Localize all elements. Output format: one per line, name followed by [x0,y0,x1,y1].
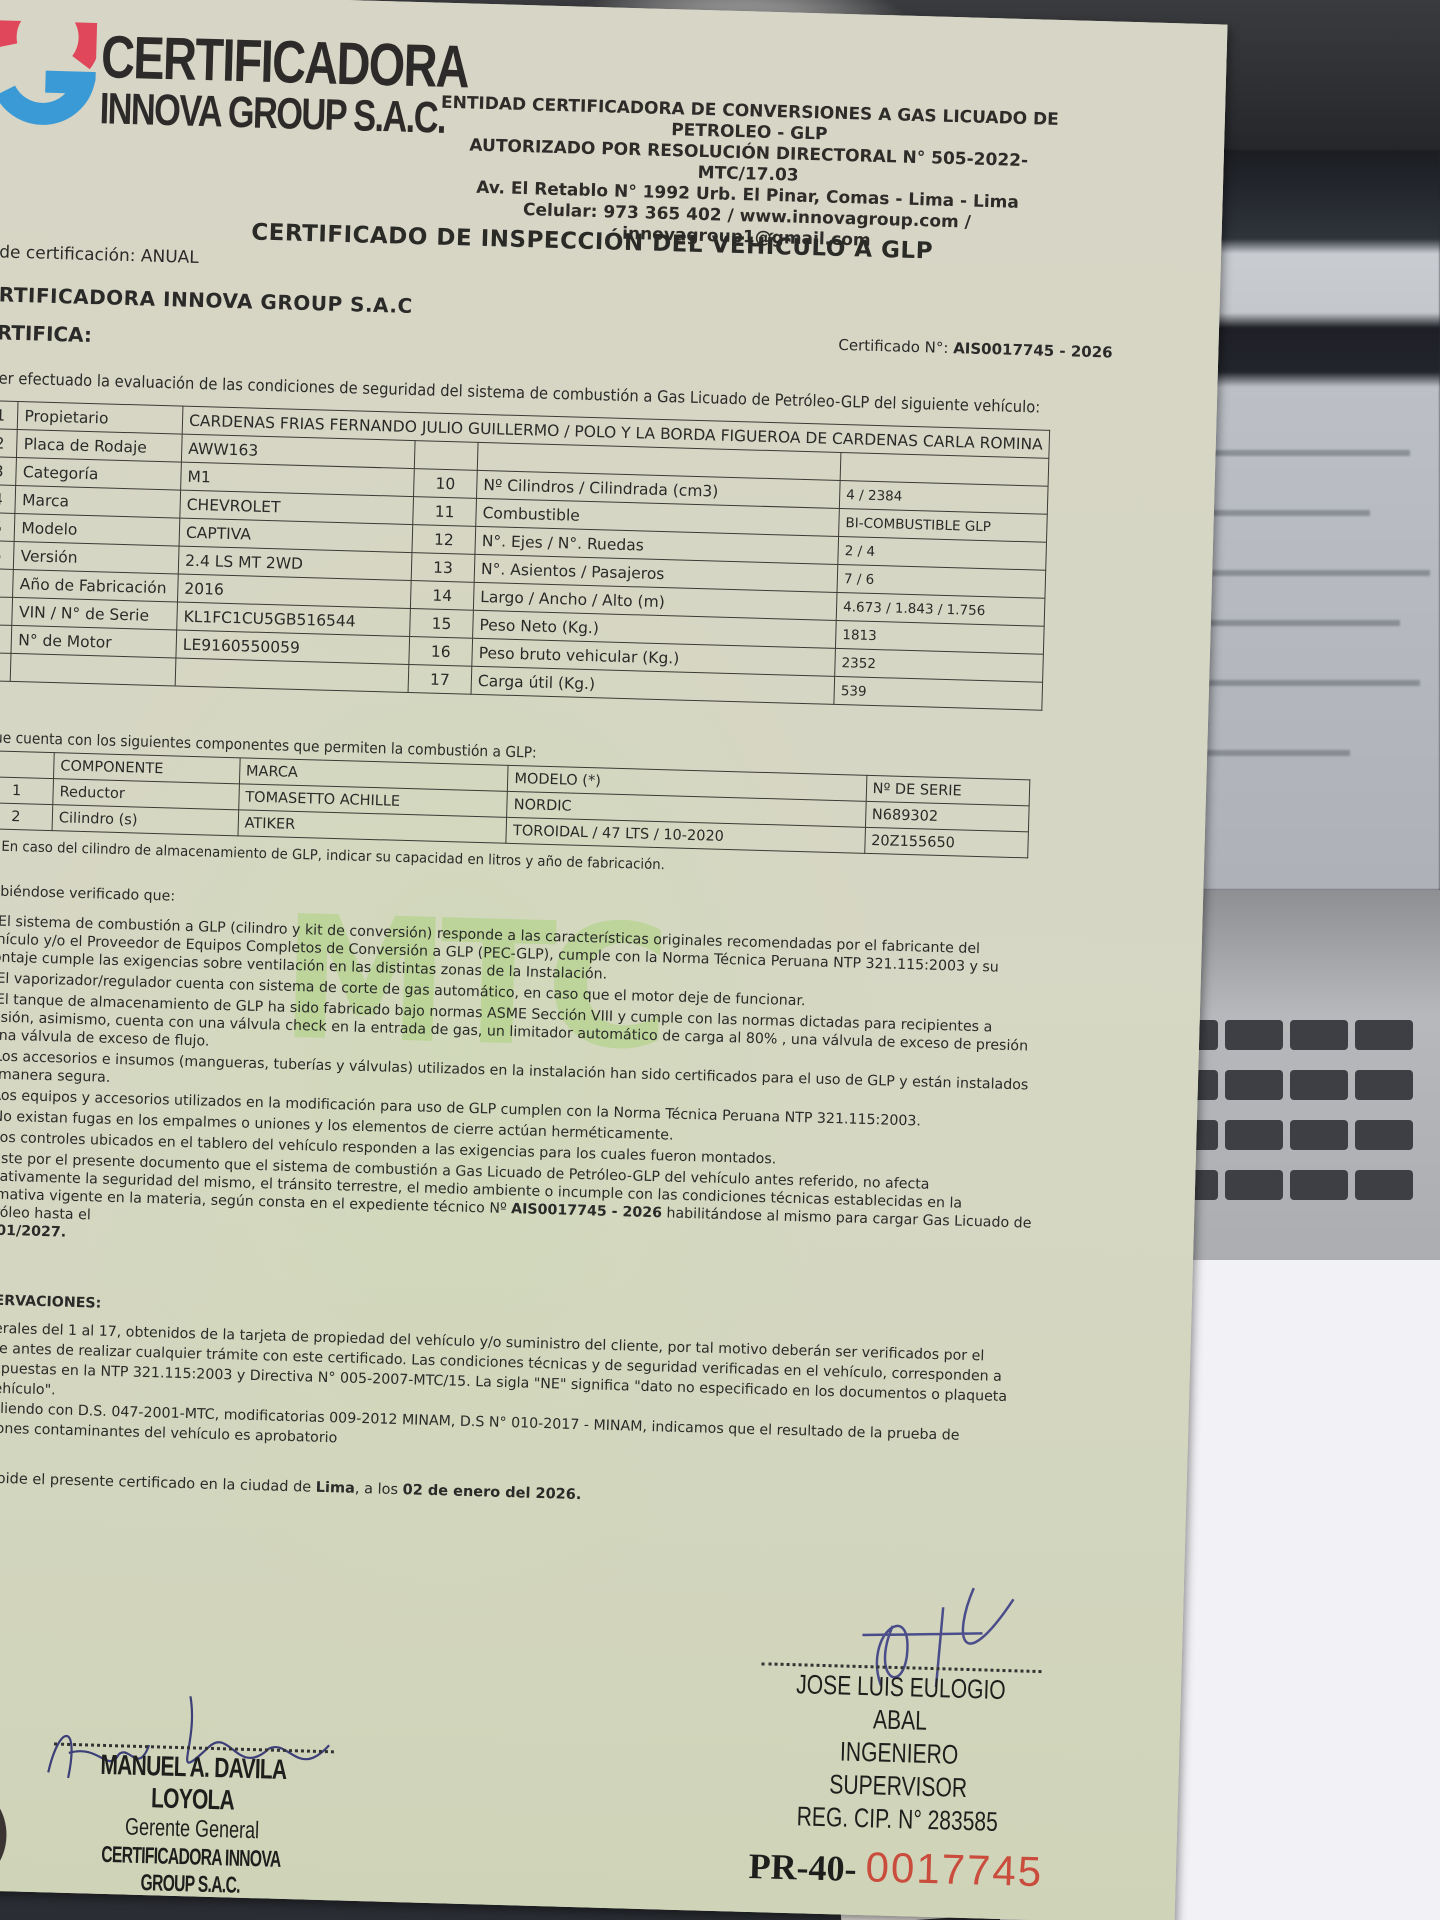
row-number: 4 [0,484,16,513]
row-number: 3 [0,456,17,485]
supervisor-role: INGENIERO SUPERVISOR [773,1734,1024,1807]
row-number-2: 17 [408,665,472,695]
supervisor-reg: REG. CIP. N° 283585 [772,1800,1022,1840]
supervisor-name: JOSE LUIS EULOGIO ABAL [775,1668,1026,1741]
row-number-2: 14 [410,581,474,611]
row-number-2: 12 [412,525,476,555]
row-label [11,653,176,686]
row-number [0,652,11,681]
vehicle-table: 1 Propietario CARDENAS FRIAS FERNANDO JU… [0,400,1050,711]
table-cell: 2 [0,803,53,831]
verification-section: Habiéndose verificado que: 1. El sistema… [0,882,1041,1268]
company-logo-text: CERTIFICADORA INNOVA GROUP S.A.C. [99,28,469,142]
row-number-2: 16 [409,637,473,667]
company-name: CERTIFICADORA INNOVA GROUP S.A.C [0,282,413,318]
observations-section: OBSERVACIONES: Numerales del 1 al 17, ob… [0,1290,1021,1468]
manager-signature-block: MANUEL A. DAVILA LOYOLA Gerente General … [40,1742,344,1901]
serial-number: 0017745 [865,1843,1044,1895]
company-logo-icon [0,20,97,133]
column-header [0,751,54,779]
row-number-2: 10 [414,469,478,499]
table-cell: 1 [0,777,54,805]
row-number: 6 [0,540,15,569]
serial-prefix: PR-40- [748,1846,857,1889]
issue-date: 02 de enero del 2026 [402,1482,576,1503]
certifica-heading: CERTIFICA: [0,320,92,347]
punch-hole [0,1789,8,1881]
manager-role: Gerente General [124,1814,259,1846]
row-number: 1 [0,401,18,430]
row-number: 2 [0,429,18,458]
table-cell: 20Z155650 [864,827,1028,858]
manager-org: CERTIFICADORA INNOVA GROUP S.A.C. [88,1841,293,1901]
row-number: 5 [0,512,15,541]
certification-type: po de certificación: ANUAL [0,242,199,268]
valid-until-date: 01/01/2027 [0,1222,61,1240]
certificate-number: Certificado N°: AIS0017745 - 2026 [838,336,1113,362]
row-value-2: 539 [834,676,1043,710]
table-cell: Cilindro (s) [52,805,238,836]
row-number-2: 15 [410,609,474,639]
supervisor-signature-block: JOSE LUIS EULOGIO ABAL INGENIERO SUPERVI… [735,1662,1061,1897]
row-number: 9 [0,624,12,653]
document-serial: PR-40- 0017745 [735,1840,1056,1897]
manager-name: MANUEL A. DAVILA LOYOLA [80,1748,307,1818]
row-number: 7 [0,568,14,597]
row-number: 8 [0,596,13,625]
row-number-2: 13 [411,553,475,583]
certificate-number-label: Certificado N°: [838,336,953,357]
logo-line-2: INNOVA GROUP S.A.C. [99,86,467,142]
certificate-number-value: AIS0017745 - 2026 [953,339,1113,361]
issue-statement: Se expide el presente certificado en la … [0,1470,582,1503]
certificate-sheet: CERTIFICADORA INNOVA GROUP S.A.C. ENTIDA… [0,0,1228,1920]
issue-city: Lima [316,1480,356,1497]
row-value [175,658,409,692]
row-number-2 [414,441,478,471]
row-number-2: 11 [413,497,477,527]
